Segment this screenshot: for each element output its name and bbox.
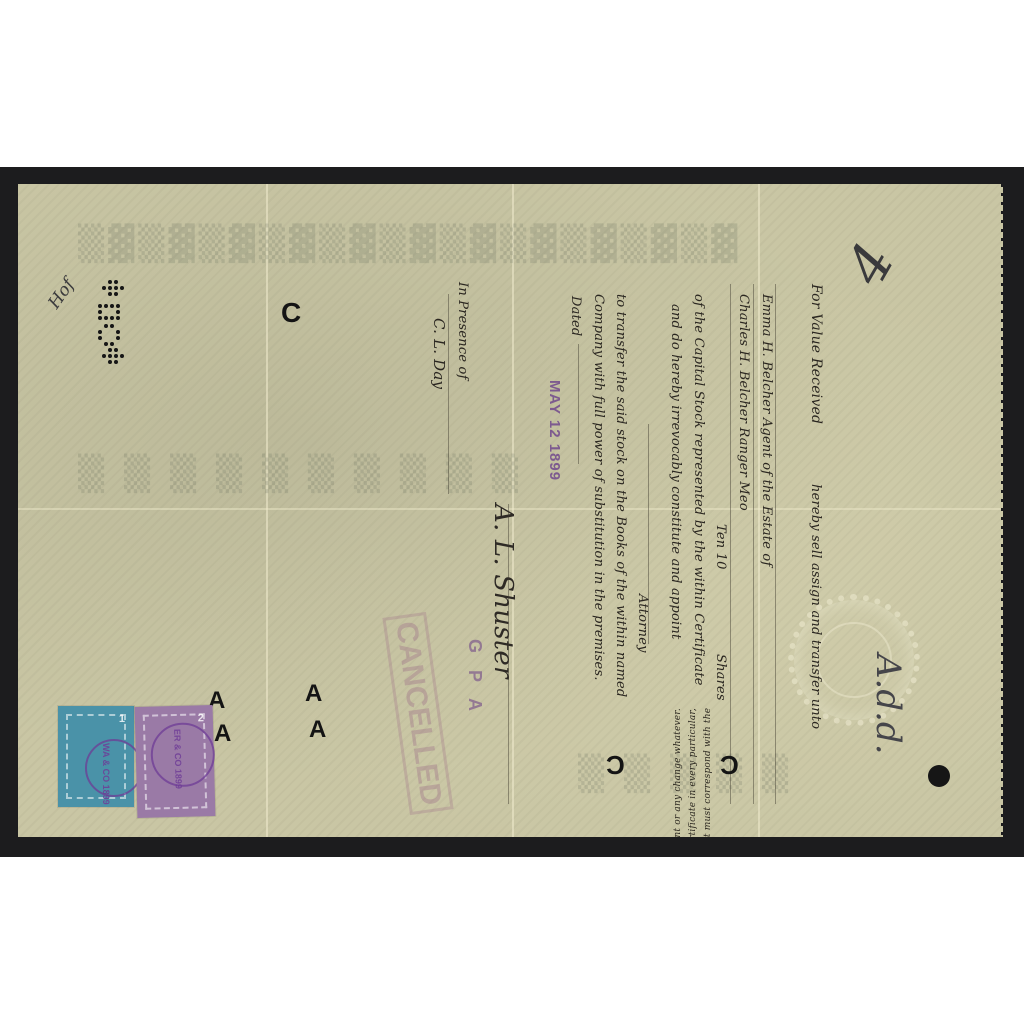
rule-line <box>730 284 731 804</box>
handwritten-mark-bottom-right: A.d.d. <box>868 654 908 755</box>
perforation-dot <box>110 310 114 314</box>
rule-line <box>775 284 776 804</box>
a-mark: A <box>305 682 322 706</box>
perforation-dot <box>116 330 120 334</box>
perforation-dot <box>98 310 102 314</box>
perforation-dot <box>102 360 106 364</box>
show-through-print: ▒ ▒ ▒ ▒ ▒ ▒ ▒ ▒ ▒ ▒ <box>78 454 522 494</box>
cancelled-stamp: CANCELLED <box>382 612 453 815</box>
perforation-dot <box>98 324 102 328</box>
handwritten-mark-top-right: 4 <box>834 233 908 296</box>
handwritten-initials-left: Hof <box>44 275 78 312</box>
perforation-dot <box>110 342 114 346</box>
perforation-dot <box>104 324 108 328</box>
notice-block: Notice: The Signature to this assignment… <box>673 704 713 837</box>
a-mark: A <box>214 722 231 746</box>
perforation-dot <box>110 330 114 334</box>
perforation-dot <box>120 348 124 352</box>
perforation-dot <box>116 336 120 340</box>
perforation-dot <box>116 324 120 328</box>
rule-line <box>578 344 579 464</box>
perforation-dot <box>104 316 108 320</box>
perforation-dot <box>120 354 124 358</box>
perforation-dot <box>120 280 124 284</box>
stamp-denomination: 1 <box>119 713 125 725</box>
witness-line <box>448 294 449 494</box>
gpa-stamp: G P A <box>464 639 485 717</box>
printed-line-constitute: and do hereby irrevocably constitute and… <box>668 304 683 639</box>
perforation-dot <box>116 304 120 308</box>
perforation-dot <box>108 354 112 358</box>
show-through-print: ▒▓▒▓▒▓▒▓▒▓▒▓▒▓▒▓▒▓▒▓▒▓ <box>78 224 741 264</box>
printed-shares-label: Shares <box>713 654 728 701</box>
perforation-dot <box>104 310 108 314</box>
perforated-number: 10 <box>98 280 128 370</box>
perforation-dot <box>120 292 124 296</box>
notice-line-3: without alteration or enlargement or any… <box>673 708 683 837</box>
perforation-dot <box>110 316 114 320</box>
perforation-dot <box>102 348 106 352</box>
notice-line-2: name as written upon the face of the Cer… <box>688 708 698 837</box>
c-mark: C <box>606 752 625 778</box>
perforation-dot <box>116 316 120 320</box>
perforation-dot <box>110 324 114 328</box>
perforation-dot <box>98 336 102 340</box>
printed-in-presence-label: In Presence of <box>455 282 470 380</box>
perforation-dot <box>108 348 112 352</box>
perforation-dot <box>102 354 106 358</box>
perforation-dot <box>120 360 124 364</box>
perforation-dot <box>98 330 102 334</box>
perforation-dot <box>110 336 114 340</box>
a-mark: A <box>309 718 326 742</box>
perforation-dot <box>104 330 108 334</box>
stamp-denomination: 2 <box>198 712 204 724</box>
perforation-dot <box>120 286 124 290</box>
perforation-dot <box>114 360 118 364</box>
owner-signature: A. L. Shuster <box>488 504 518 679</box>
postmark-text: WA & CO 1899 <box>101 743 111 805</box>
punch-hole <box>928 765 950 787</box>
printed-dated-label: Dated <box>568 296 583 336</box>
postmark-ring <box>85 739 143 797</box>
perforation-dot <box>116 342 120 346</box>
revenue-stamp-2: 2 ER & CO 1899 <box>135 705 216 818</box>
fold-line <box>266 184 268 837</box>
perforation-dot <box>104 336 108 340</box>
perforation-dot <box>104 304 108 308</box>
date-stamp: MAY 12 1899 <box>546 380 563 481</box>
printed-line-capital-stock: of the Capital Stock represented by the … <box>691 294 706 686</box>
written-line-estate: Charles H. Belcher Ranger Meo <box>736 294 751 511</box>
printed-line-substitution: Company with full power of substitution … <box>591 294 606 681</box>
rule-line <box>753 284 754 804</box>
certificate-paper: ▒▓▒▓▒▓▒▓▒▓▒▓▒▓▒▓▒▓▒▓▒▓ ▒ ▒ ▒ ▒ ▒ ▒ ▒ ▒ ▒… <box>18 184 1003 837</box>
witness-signature: C. L. Day <box>430 318 448 389</box>
revenue-stamp-1: 1 WA & CO 1899 <box>58 706 134 807</box>
printed-attorney-label: Attorney <box>635 594 650 653</box>
perforation-dot <box>108 360 112 364</box>
perforation-dot <box>114 348 118 352</box>
written-share-count: Ten 10 <box>713 524 728 570</box>
heading-for-value-received: For Value Received <box>808 284 824 424</box>
perforation-dot <box>116 310 120 314</box>
perforation-dot <box>98 316 102 320</box>
signature-line <box>508 504 509 804</box>
perforation-dot <box>98 342 102 346</box>
perforation-dot <box>98 304 102 308</box>
postmark-text: ER & CO 1899 <box>172 729 184 789</box>
perforation-dot <box>104 342 108 346</box>
perforation-dot <box>110 304 114 308</box>
c-mark: C <box>720 752 739 778</box>
perforation-dot <box>114 354 118 358</box>
printed-line-transfer: to transfer the said stock on the Books … <box>613 294 628 697</box>
printed-line-sell-assign: hereby sell assign and transfer unto <box>808 484 823 729</box>
c-mark: C <box>281 299 301 327</box>
written-line-assignee: Emma H. Belcher Agent of the Estate of <box>759 294 774 566</box>
notice-line-1: Notice: The Signature to this assignment… <box>703 708 713 837</box>
